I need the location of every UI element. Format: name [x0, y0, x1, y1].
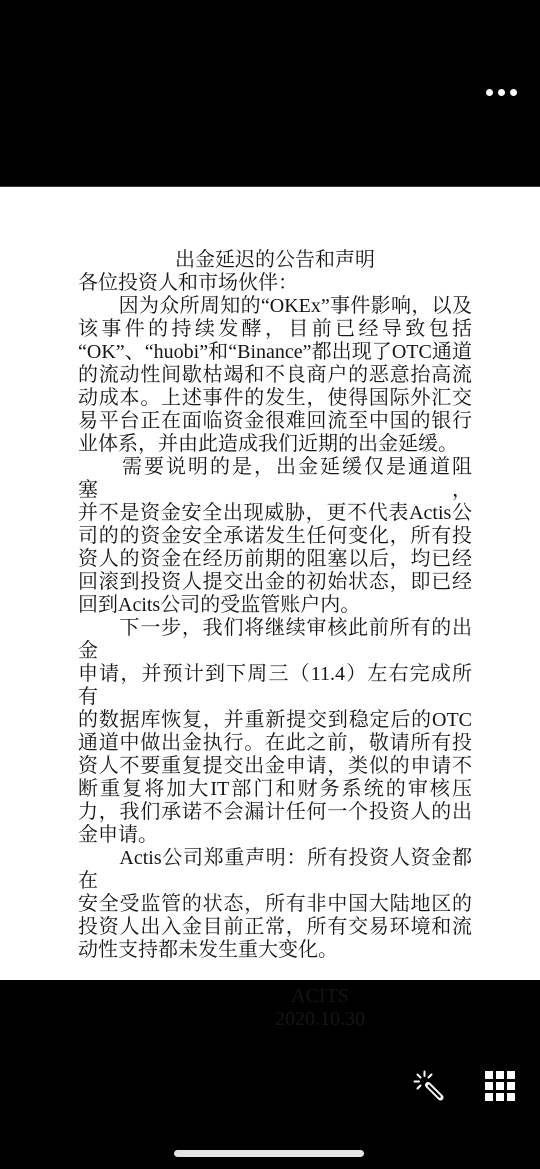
doc-line: 易平台正在面临资金很难回流至中国的银行 [78, 410, 472, 433]
doc-line: 需要说明的是，出金延缓仅是通道阻塞， [78, 456, 472, 502]
doc-line: 断重复将加大IT部门和财务系统的审核压 [78, 778, 472, 801]
doc-line: 资人不要重复提交出金申请，类似的申请不 [78, 755, 472, 778]
doc-date: 2020.10.30 [78, 1008, 472, 1031]
doc-line: 的流动性间歇枯竭和不良商户的恶意抬高流 [78, 364, 472, 387]
doc-line: 申请，并预计到下周三（11.4）左右完成所有 [78, 663, 472, 709]
doc-line: 力，我们承诺不会漏计任何一个投资人的出 [78, 801, 472, 824]
home-indicator[interactable] [174, 1150, 364, 1157]
doc-signature: ACITS [78, 985, 472, 1008]
ellipsis-icon [486, 89, 493, 96]
magic-wand-icon [412, 1069, 446, 1103]
photo-viewer-screen: 出金延迟的公告和声明 各位投资人和市场伙伴： 因为众所周知的“OKEx”事件影响… [0, 0, 540, 1169]
doc-blank-line [78, 962, 472, 985]
doc-line: 并不是资金安全出现威胁，更不代表Actis公 [78, 502, 472, 525]
doc-salutation: 各位投资人和市场伙伴： [78, 272, 472, 295]
doc-line: 业体系，并由此造成我们近期的出金延缓。 [78, 433, 472, 456]
doc-line: “OK”、“huobi”和“Binance”都出现了OTC通道 [78, 341, 472, 364]
announcement-document: 出金延迟的公告和声明 各位投资人和市场伙伴： 因为众所周知的“OKEx”事件影响… [0, 187, 540, 1031]
magic-wand-button[interactable] [405, 1062, 453, 1110]
grid-icon [485, 1071, 515, 1101]
doc-line: 该事件的持续发酵，目前已经导致包括 [78, 318, 472, 341]
doc-line: 的数据库恢复，并重新提交到稳定后的OTC [78, 709, 472, 732]
doc-line: 回滚到投资人提交出金的初始状态，即已经 [78, 571, 472, 594]
doc-line: 因为众所周知的“OKEx”事件影响，以及 [78, 295, 472, 318]
doc-line: 安全受监管的状态，所有非中国大陆地区的 [78, 893, 472, 916]
announcement-photo[interactable]: 出金延迟的公告和声明 各位投资人和市场伙伴： 因为众所周知的“OKEx”事件影响… [0, 186, 540, 980]
doc-line: 司的的资金安全承诺发生任何变化，所有投 [78, 525, 472, 548]
grid-button[interactable] [476, 1062, 524, 1110]
doc-line: 通道中做出金执行。在此之前，敬请所有投 [78, 732, 472, 755]
doc-line: 下一步，我们将继续审核此前所有的出金 [78, 617, 472, 663]
doc-line: Actis公司郑重声明：所有投资人资金都在 [78, 847, 472, 893]
doc-line: 资人的资金在经历前期的阻塞以后，均已经 [78, 548, 472, 571]
doc-line: 回到Acits公司的受监管账户内。 [78, 594, 472, 617]
doc-title: 出金延迟的公告和声明 [78, 249, 472, 272]
doc-line: 金申请。 [78, 824, 472, 847]
doc-line: 动性支持都未发生重大变化。 [78, 939, 472, 962]
doc-line: 动成本。上述事件的发生，使得国际外汇交 [78, 387, 472, 410]
more-options-button[interactable] [479, 77, 523, 107]
doc-line: 投资人出入金目前正常，所有交易环境和流 [78, 916, 472, 939]
ellipsis-icon [498, 89, 505, 96]
ellipsis-icon [510, 89, 517, 96]
